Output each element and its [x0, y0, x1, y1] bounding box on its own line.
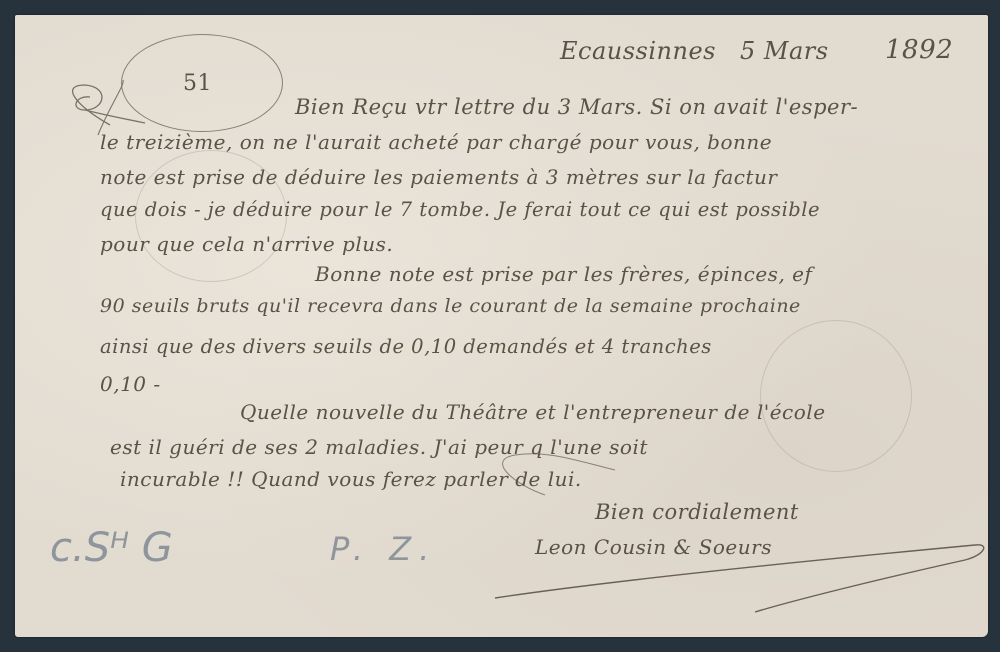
date: 5 Mars [740, 37, 829, 65]
body-line-9: 0,10 - [100, 372, 161, 396]
year: 1892 [885, 35, 953, 65]
pencil-mark-middle: P. Z. [330, 530, 437, 568]
body-line-7: 90 seuils bruts qu'il recevra dans le co… [100, 295, 801, 317]
body-line-2: le treizième, on ne l'aurait acheté par … [100, 130, 772, 154]
body-line-11: est il guéri de ses 2 maladies. J'ai peu… [110, 435, 648, 459]
place-name: Ecaussinnes [560, 37, 716, 65]
body-line-6: Bonne note est prise par les frères, épi… [315, 262, 812, 286]
body-line-1: Bien Reçu vtr lettre du 3 Mars. Si on av… [295, 95, 858, 119]
postcard: 51 Ecaussinnes 5 Mars 1892 Bien Reçu vtr… [15, 15, 988, 637]
body-line-12: incurable !! Quand vous ferez parler de … [120, 467, 582, 491]
body-line-8: ainsi que des divers seuils de 0,10 dema… [100, 335, 712, 358]
body-line-4: que dois - je déduire pour le 7 tombe. J… [100, 198, 820, 221]
closing: Bien cordialement [595, 500, 799, 524]
body-line-3: note est prise de déduire les paiements … [100, 165, 777, 189]
body-line-5: pour que cela n'arrive plus. [100, 232, 393, 256]
body-line-10: Quelle nouvelle du Théâtre et l'entrepre… [240, 400, 826, 424]
pencil-mark-left: c.Sᴴ G [50, 525, 173, 571]
signature: Leon Cousin & Soeurs [535, 535, 772, 559]
